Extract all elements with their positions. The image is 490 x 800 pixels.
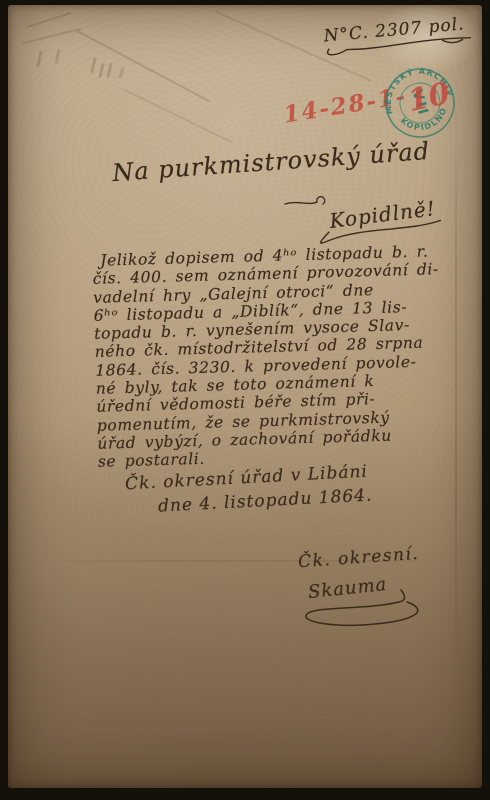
pencil-scribbles	[90, 57, 97, 73]
pencil-scribbles	[55, 49, 61, 64]
photo-frame: N°C. 2307 pol. 14-28-1- • MĚSTSKÝ ARCHIV…	[0, 0, 490, 800]
pencil-scribbles	[27, 12, 71, 28]
paper-crease	[455, 95, 457, 695]
pencil-scribbles	[36, 51, 42, 67]
letter-body: Jelikož dopisem od 4ʰᵒ listopadu b. r. č…	[92, 242, 443, 471]
paper-scratch	[76, 30, 209, 102]
signature-flourish-icon	[295, 588, 430, 630]
heading-flourish-icon	[283, 196, 329, 210]
pencil-scribbles	[23, 28, 82, 44]
pencil-scribbles	[106, 63, 113, 78]
pencil-scribbles	[118, 67, 124, 79]
pencil-scribbles	[98, 63, 105, 78]
paper-scratch	[124, 89, 233, 143]
